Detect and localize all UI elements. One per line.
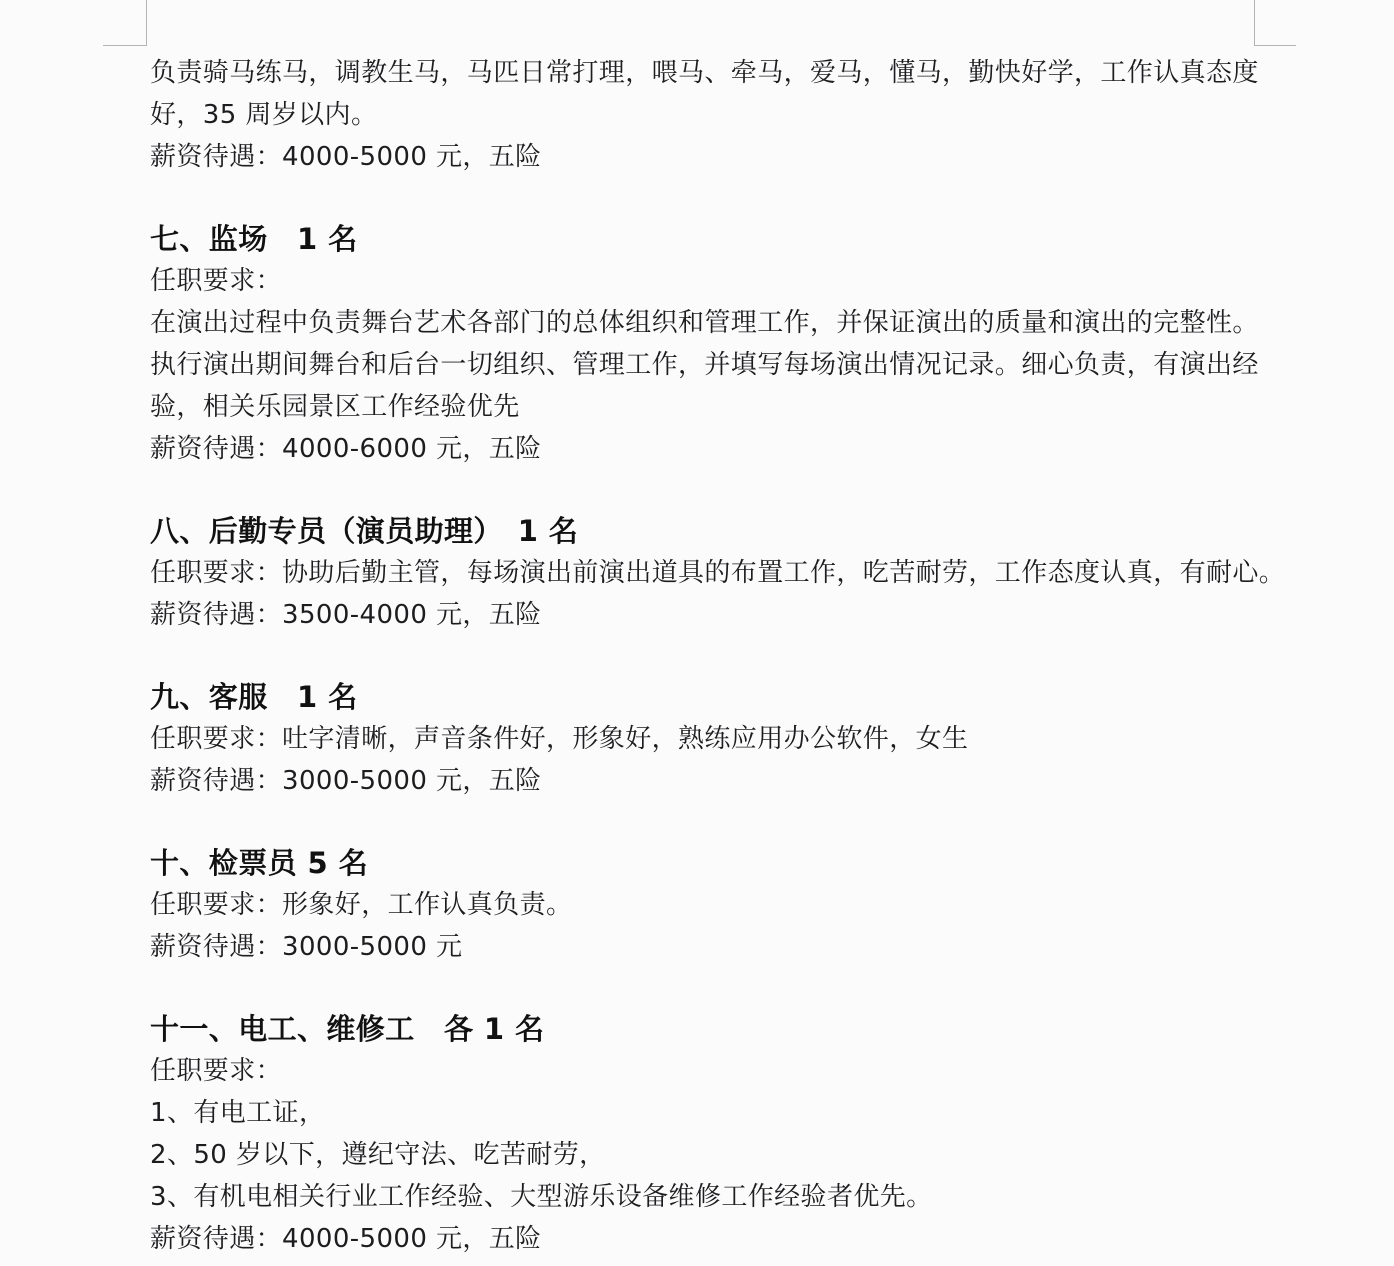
requirement-line: 任职要求：协助后勤主管，每场演出前演出道具的布置工作，吃苦耐劳，工作态度认真，有… <box>150 552 1262 594</box>
salary-line: 薪资待遇：4000-6000 元，五险 <box>150 428 1262 470</box>
requirement-line: 执行演出期间舞台和后台一切组织、管理工作，并填写每场演出情况记录。细心负责，有演… <box>150 344 1262 386</box>
salary-line: 薪资待遇：4000-5000 元，五险 <box>150 1218 1262 1260</box>
job-title: 十一、电工、维修工 各 1 名 <box>150 1008 1262 1050</box>
requirement-line: 任职要求： <box>150 260 1262 302</box>
salary-line: 薪资待遇：3500-4000 元，五险 <box>150 594 1262 636</box>
requirement-line: 在演出过程中负责舞台艺术各部门的总体组织和管理工作，并保证演出的质量和演出的完整… <box>150 302 1262 344</box>
text-boundary-mark-top-left <box>103 0 147 46</box>
document-content: 负责骑马练马，调教生马，马匹日常打理，喂马、牵马，爱马，懂马，勤快好学，工作认真… <box>150 52 1262 1260</box>
body-line: 负责骑马练马，调教生马，马匹日常打理，喂马、牵马，爱马，懂马，勤快好学，工作认真… <box>150 52 1262 94</box>
requirement-line: 2、50 岁以下，遵纪守法、吃苦耐劳， <box>150 1134 1262 1176</box>
requirement-line: 任职要求： <box>150 1050 1262 1092</box>
requirement-line: 1、有电工证， <box>150 1092 1262 1134</box>
job-title: 十、检票员 5 名 <box>150 842 1262 884</box>
requirement-line: 任职要求：形象好，工作认真负责。 <box>150 884 1262 926</box>
salary-line: 薪资待遇：3000-5000 元 <box>150 926 1262 968</box>
salary-line: 薪资待遇：3000-5000 元，五险 <box>150 760 1262 802</box>
job-title: 七、监场 1 名 <box>150 218 1262 260</box>
requirement-line: 3、有机电相关行业工作经验、大型游乐设备维修工作经验者优先。 <box>150 1176 1262 1218</box>
document-page: 负责骑马练马，调教生马，马匹日常打理，喂马、牵马，爱马，懂马，勤快好学，工作认真… <box>0 0 1394 1266</box>
body-line: 好，35 周岁以内。 <box>150 94 1262 136</box>
text-boundary-mark-top-right <box>1254 0 1296 46</box>
requirement-line: 验，相关乐园景区工作经验优先 <box>150 386 1262 428</box>
job-title: 九、客服 1 名 <box>150 676 1262 718</box>
salary-line: 薪资待遇：4000-5000 元，五险 <box>150 136 1262 178</box>
requirement-line: 任职要求：吐字清晰，声音条件好，形象好，熟练应用办公软件，女生 <box>150 718 1262 760</box>
job-title: 八、后勤专员（演员助理） 1 名 <box>150 510 1262 552</box>
